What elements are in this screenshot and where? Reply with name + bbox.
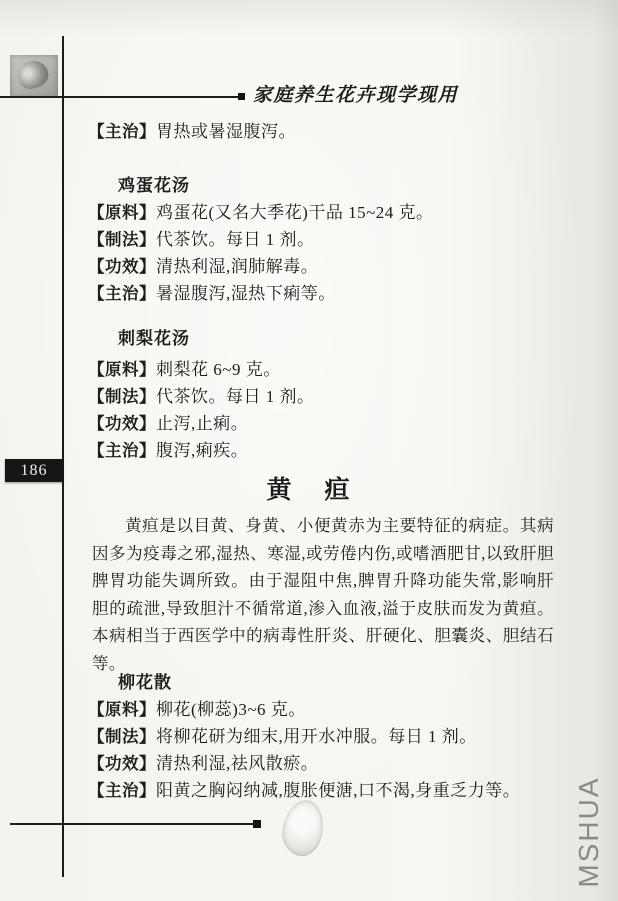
square-bullet-icon bbox=[253, 820, 261, 828]
entry-line: 【制法】将柳花研为细末,用开水冲服。每日 1 剂。 bbox=[88, 727, 477, 747]
entry-label: 【功效】 bbox=[88, 258, 156, 276]
entry-label: 【制法】 bbox=[88, 728, 156, 746]
chapter-title: 黄 疸 bbox=[62, 470, 558, 506]
entry-label: 【主治】 bbox=[88, 442, 156, 460]
running-head-book-title: 家庭养生花卉现学现用 bbox=[253, 80, 458, 107]
book-page: 家庭养生花卉现学现用 【主治】胃热或暑湿腹泻。 鸡蛋花汤 【原料】鸡蛋花(又名大… bbox=[0, 0, 618, 901]
entry-label: 【原料】 bbox=[88, 204, 156, 222]
entry-text: 柳花(柳蕊)3~6 克。 bbox=[156, 700, 306, 719]
entry-label: 【功效】 bbox=[88, 755, 156, 773]
entry-label: 【主治】 bbox=[88, 285, 156, 303]
shell-photo-ornament bbox=[10, 55, 58, 98]
recipe-title: 刺梨花汤 bbox=[118, 324, 190, 349]
entry-text: 代茶饮。每日 1 剂。 bbox=[156, 387, 315, 406]
entry-text: 鸡蛋花(又名大季花)干品 15~24 克。 bbox=[156, 203, 434, 222]
entry-line: 【主治】阳黄之胸闷纳减,腹胀便溏,口不渴,身重乏力等。 bbox=[88, 781, 520, 801]
entry-line: 【原料】柳花(柳蕊)3~6 克。 bbox=[88, 700, 306, 720]
entry-line: 【原料】鸡蛋花(又名大季花)干品 15~24 克。 bbox=[88, 203, 434, 223]
entry-text: 清热利湿,润肺解毒。 bbox=[156, 257, 318, 276]
shell-emblem-icon bbox=[278, 797, 327, 859]
side-watermark-text: MSHUA bbox=[573, 776, 605, 887]
left-margin-rule bbox=[62, 36, 64, 877]
entry-line: 【原料】刺梨花 6~9 克。 bbox=[88, 360, 281, 380]
footer-rule bbox=[10, 823, 255, 825]
entry-label: 【制法】 bbox=[88, 231, 156, 249]
square-bullet-icon bbox=[238, 93, 245, 100]
entry-label: 【原料】 bbox=[88, 701, 156, 719]
entry-line: 【主治】胃热或暑湿腹泻。 bbox=[88, 122, 296, 142]
entry-text: 刺梨花 6~9 克。 bbox=[156, 360, 281, 379]
entry-line: 【功效】清热利湿,润肺解毒。 bbox=[88, 257, 318, 277]
entry-line: 【主治】暑湿腹泻,湿热下痢等。 bbox=[88, 284, 336, 304]
entry-text: 止泻,止痢。 bbox=[156, 414, 248, 433]
entry-line: 【功效】清热利湿,祛风散瘀。 bbox=[88, 754, 318, 774]
entry-label: 【原料】 bbox=[88, 361, 156, 379]
entry-label: 【主治】 bbox=[88, 123, 156, 141]
entry-text: 清热利湿,祛风散瘀。 bbox=[156, 754, 318, 773]
entry-line: 【制法】代茶饮。每日 1 剂。 bbox=[88, 230, 315, 250]
entry-label: 【主治】 bbox=[88, 782, 156, 800]
entry-text: 将柳花研为细末,用开水冲服。每日 1 剂。 bbox=[156, 727, 477, 746]
entry-line: 【制法】代茶饮。每日 1 剂。 bbox=[88, 387, 315, 407]
entry-text: 胃热或暑湿腹泻。 bbox=[156, 122, 296, 141]
recipe-title: 鸡蛋花汤 bbox=[118, 171, 190, 196]
entry-label: 【制法】 bbox=[88, 388, 156, 406]
chapter-intro-paragraph: 黄疸是以目黄、身黄、小便黄赤为主要特征的病症。其病因多为疫毒之邪,湿热、寒湿,或… bbox=[92, 512, 554, 677]
entry-line: 【主治】腹泻,痢疾。 bbox=[88, 441, 248, 461]
entry-text: 腹泻,痢疾。 bbox=[156, 441, 248, 460]
entry-line: 【功效】止泻,止痢。 bbox=[88, 414, 248, 434]
entry-text: 阳黄之胸闷纳减,腹胀便溏,口不渴,身重乏力等。 bbox=[156, 781, 520, 800]
entry-text: 暑湿腹泻,湿热下痢等。 bbox=[156, 284, 336, 303]
entry-text: 代茶饮。每日 1 剂。 bbox=[156, 230, 315, 249]
page-number-badge: 186 bbox=[5, 459, 63, 482]
entry-label: 【功效】 bbox=[88, 415, 156, 433]
recipe-title: 柳花散 bbox=[118, 668, 172, 693]
header-rule bbox=[0, 96, 238, 98]
